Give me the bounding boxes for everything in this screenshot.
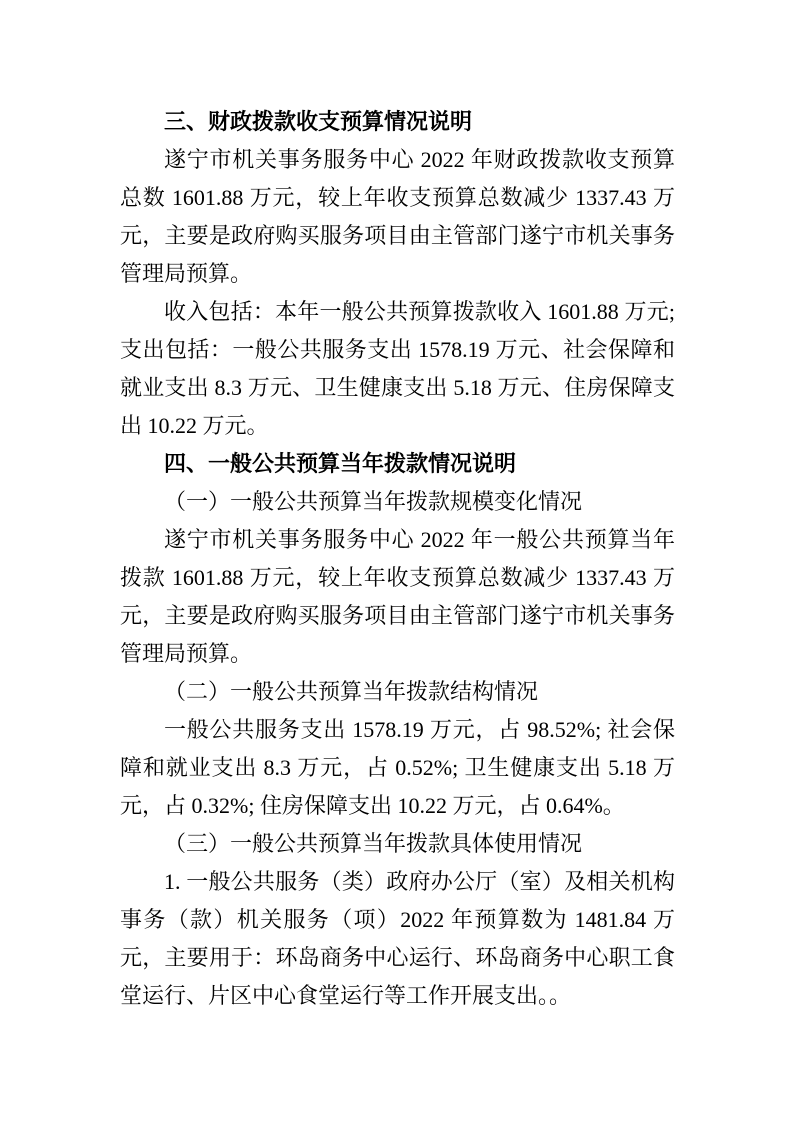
section-heading-fiscal-appropriation: 三、财政拨款收支预算情况说明	[120, 103, 675, 141]
section-heading-general-public-budget: 四、一般公共预算当年拨款情况说明	[120, 445, 675, 483]
paragraph-specific-usage-detail: 1. 一般公共服务（类）政府办公厅（室）及相关机构事务（款）机关服务（项）202…	[120, 863, 675, 1015]
subheading-scale-change: （一）一般公共预算当年拨款规模变化情况	[120, 483, 675, 521]
subheading-specific-usage: （三）一般公共预算当年拨款具体使用情况	[120, 825, 675, 863]
paragraph-income-expenditure-breakdown: 收入包括：本年一般公共预算拨款收入 1601.88 万元; 支出包括：一般公共服…	[120, 293, 675, 445]
document-page: 三、财政拨款收支预算情况说明 遂宁市机关事务服务中心 2022 年财政拨款收支预…	[0, 0, 793, 1122]
subheading-structure: （二）一般公共预算当年拨款结构情况	[120, 673, 675, 711]
paragraph-fiscal-budget-total: 遂宁市机关事务服务中心 2022 年财政拨款收支预算总数 1601.88 万元，…	[120, 141, 675, 293]
paragraph-structure-percentages: 一般公共服务支出 1578.19 万元，占 98.52%; 社会保障和就业支出 …	[120, 711, 675, 825]
paragraph-current-year-appropriation: 遂宁市机关事务服务中心 2022 年一般公共预算当年拨款 1601.88 万元，…	[120, 521, 675, 673]
